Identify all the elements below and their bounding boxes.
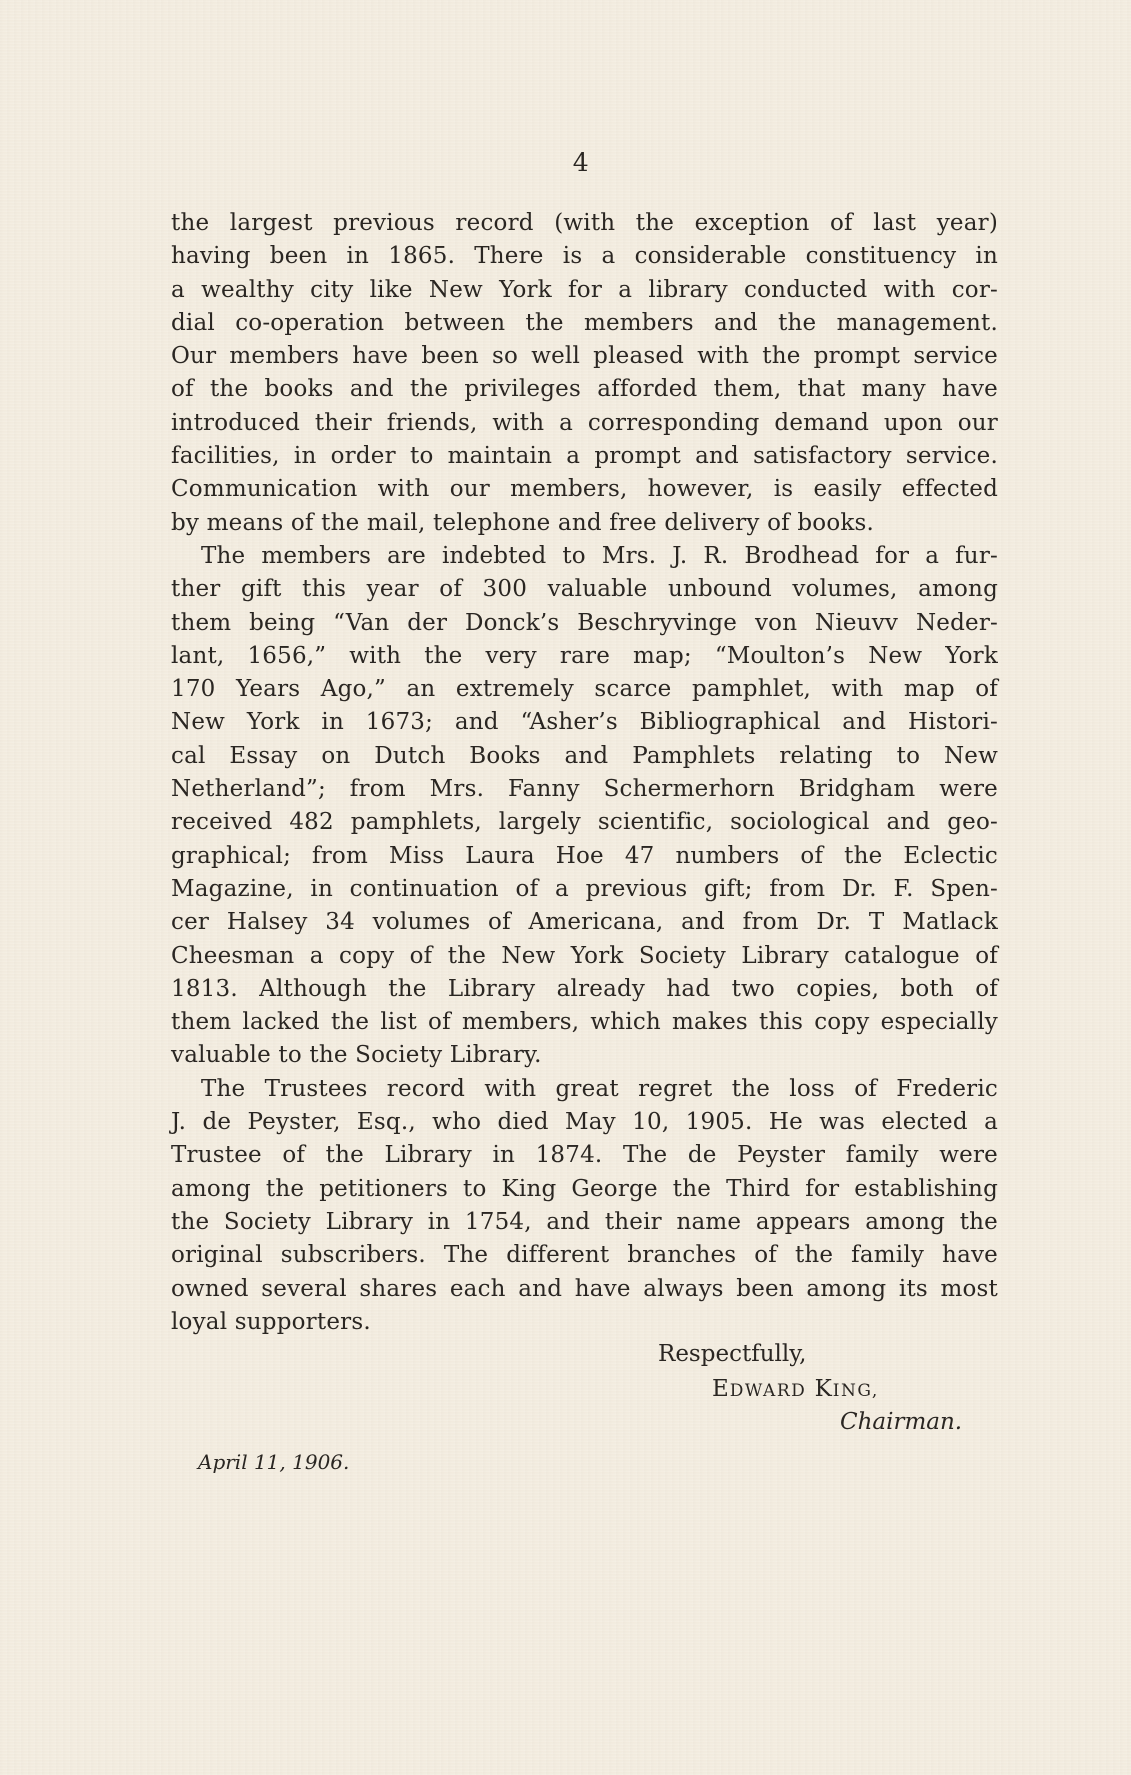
signer-first-rest: DWARD <box>730 1381 806 1401</box>
text-line: Cheesman a copy of the New York Society … <box>171 940 998 973</box>
page-number: 4 <box>0 148 1131 177</box>
text-line: The Trustees record with great regret th… <box>171 1073 998 1106</box>
signer-last-rest: ING, <box>833 1381 879 1401</box>
text-line: by means of the mail, telephone and free… <box>171 507 998 540</box>
text-line: the Society Library in 1754, and their n… <box>171 1206 998 1239</box>
text-line: Netherland”; from Mrs. Fanny Schermerhor… <box>171 773 998 806</box>
text-line: of the books and the privileges afforded… <box>171 373 998 406</box>
signer-title: Chairman. <box>840 1406 962 1439</box>
text-line: original subscribers. The different bran… <box>171 1239 998 1272</box>
text-line: The members are indebted to Mrs. J. R. B… <box>171 540 998 573</box>
document-page: 4 the largest previous record (with the … <box>0 0 1131 1775</box>
text-line: 170 Years Ago,” an extremely scarce pamp… <box>171 673 998 706</box>
text-line: loyal supporters. <box>171 1306 998 1339</box>
closing-salutation: Respectfully, <box>658 1338 806 1371</box>
text-line: received 482 pamphlets, largely scientif… <box>171 806 998 839</box>
text-line: owned several shares each and have alway… <box>171 1273 998 1306</box>
text-line: them being “Van der Donck’s Beschryvinge… <box>171 607 998 640</box>
text-line: Our members have been so well pleased wi… <box>171 340 998 373</box>
text-line: lant, 1656,” with the very rare map; “Mo… <box>171 640 998 673</box>
text-line: them lacked the list of members, which m… <box>171 1006 998 1039</box>
text-line: Communication with our members, however,… <box>171 473 998 506</box>
paragraph-gifts: The members are indebted to Mrs. J. R. B… <box>171 540 998 1073</box>
text-line: J. de Peyster, Esq., who died May 10, 19… <box>171 1106 998 1139</box>
paragraph-library-growth: the largest previous record (with the ex… <box>171 207 998 540</box>
text-line: dial co-operation between the members an… <box>171 307 998 340</box>
text-line: valuable to the Society Library. <box>171 1039 998 1072</box>
text-line: cal Essay on Dutch Books and Pamphlets r… <box>171 740 998 773</box>
text-line: New York in 1673; and “Asher’s Bibliogra… <box>171 706 998 739</box>
text-line: Trustee of the Library in 1874. The de P… <box>171 1139 998 1172</box>
text-line: having been in 1865. There is a consider… <box>171 240 998 273</box>
text-line: the largest previous record (with the ex… <box>171 207 998 240</box>
letter-date: April 11, 1906. <box>198 1446 349 1479</box>
text-line: ther gift this year of 300 valuable unbo… <box>171 573 998 606</box>
text-line: graphical; from Miss Laura Hoe 47 number… <box>171 840 998 873</box>
signer-last-initial: K <box>815 1376 833 1402</box>
text-line: Magazine, in continuation of a previous … <box>171 873 998 906</box>
signer-name: EDWARD KING, <box>712 1373 879 1408</box>
signer-first-initial: E <box>712 1376 730 1402</box>
body-text: the largest previous record (with the ex… <box>171 207 998 1339</box>
text-line: 1813. Although the Library already had t… <box>171 973 998 1006</box>
text-line: cer Halsey 34 volumes of Americana, and … <box>171 906 998 939</box>
text-line: among the petitioners to King George the… <box>171 1173 998 1206</box>
paragraph-obituary: The Trustees record with great regret th… <box>171 1073 998 1339</box>
text-line: introduced their friends, with a corresp… <box>171 407 998 440</box>
text-line: facilities, in order to maintain a promp… <box>171 440 998 473</box>
text-line: a wealthy city like New York for a libra… <box>171 274 998 307</box>
